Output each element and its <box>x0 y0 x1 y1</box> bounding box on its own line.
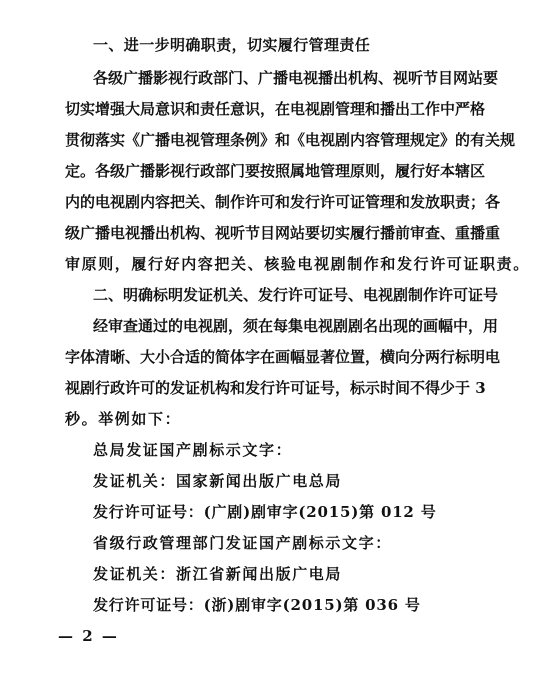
paragraph-line: 贯彻落实《广播电视管理条例》和《电视剧内容管理规定》的有关规 <box>65 130 475 150</box>
example-license-number: 发行许可证号：(广剧)剧审字(2015)第 012 号 <box>93 502 475 522</box>
paragraph-line: 级广播电视播出机构、视听节目网站要切实履行播前审查、重播重 <box>65 223 475 243</box>
document-page: 一、进一步明确职责，切实履行管理责任 各级广播影视行政部门、广播电视播出机构、视… <box>0 0 550 685</box>
section-2-heading: 二、明确标明发证机关、发行许可证号、电视剧制作许可证号 <box>93 285 475 305</box>
paragraph-line: 经审查通过的电视剧，须在每集电视剧剧名出现的画幅中，用 <box>93 316 475 336</box>
example-issuer: 发证机关：国家新闻出版广电总局 <box>93 471 475 491</box>
example-issuer: 发证机关：浙江省新闻出版广电局 <box>93 564 475 584</box>
paragraph-line: 字体清晰、大小合适的简体字在画幅显著位置，横向分两行标明电 <box>65 347 475 367</box>
paragraph-line: 审原则，履行好内容把关、核验电视剧制作和发行许可证职责。 <box>65 254 475 274</box>
section-1-heading: 一、进一步明确职责，切实履行管理责任 <box>93 35 475 55</box>
paragraph-line: 秒。举例如下： <box>65 409 475 429</box>
example-license-number: 发行许可证号：(浙)剧审字(2015)第 036 号 <box>93 595 475 615</box>
example-label: 总局发证国产剧标示文字： <box>93 440 475 460</box>
page-number: — 2 — <box>58 627 119 645</box>
paragraph-line: 切实增强大局意识和责任意识，在电视剧管理和播出工作中严格 <box>65 99 475 119</box>
paragraph-line: 定。各级广播影视行政部门要按照属地管理原则，履行好本辖区 <box>65 161 475 181</box>
paragraph-line: 视剧行政许可的发证机构和发行许可证号，标示时间不得少于 3 <box>65 378 475 398</box>
paragraph-line: 内的电视剧内容把关、制作许可和发行许可证管理和发放职责；各 <box>65 192 475 212</box>
paragraph-line: 各级广播影视行政部门、广播电视播出机构、视听节目网站要 <box>93 68 475 88</box>
example-label: 省级行政管理部门发证国产剧标示文字： <box>93 533 475 553</box>
